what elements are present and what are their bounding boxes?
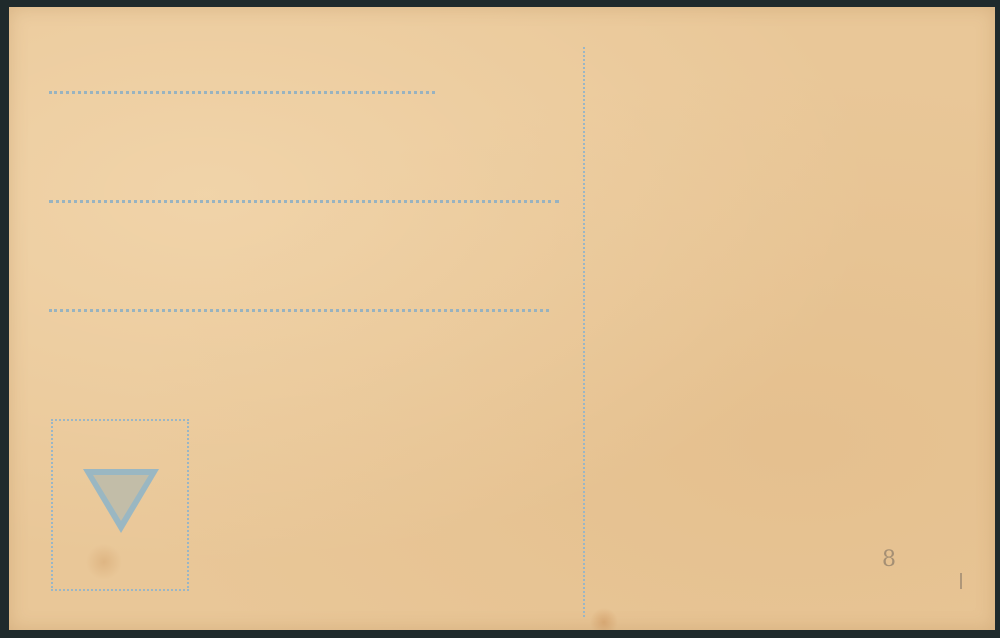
center-divider — [583, 47, 585, 617]
pencil-mark — [960, 573, 962, 589]
printed-line-2 — [49, 200, 559, 203]
pencil-note: 8 — [882, 547, 896, 572]
printed-line-1 — [49, 91, 435, 94]
stamp-box — [51, 419, 189, 591]
triangle-logo-inner — [93, 475, 149, 521]
postcard-back: 8 — [9, 7, 995, 630]
printed-line-3 — [49, 309, 549, 312]
